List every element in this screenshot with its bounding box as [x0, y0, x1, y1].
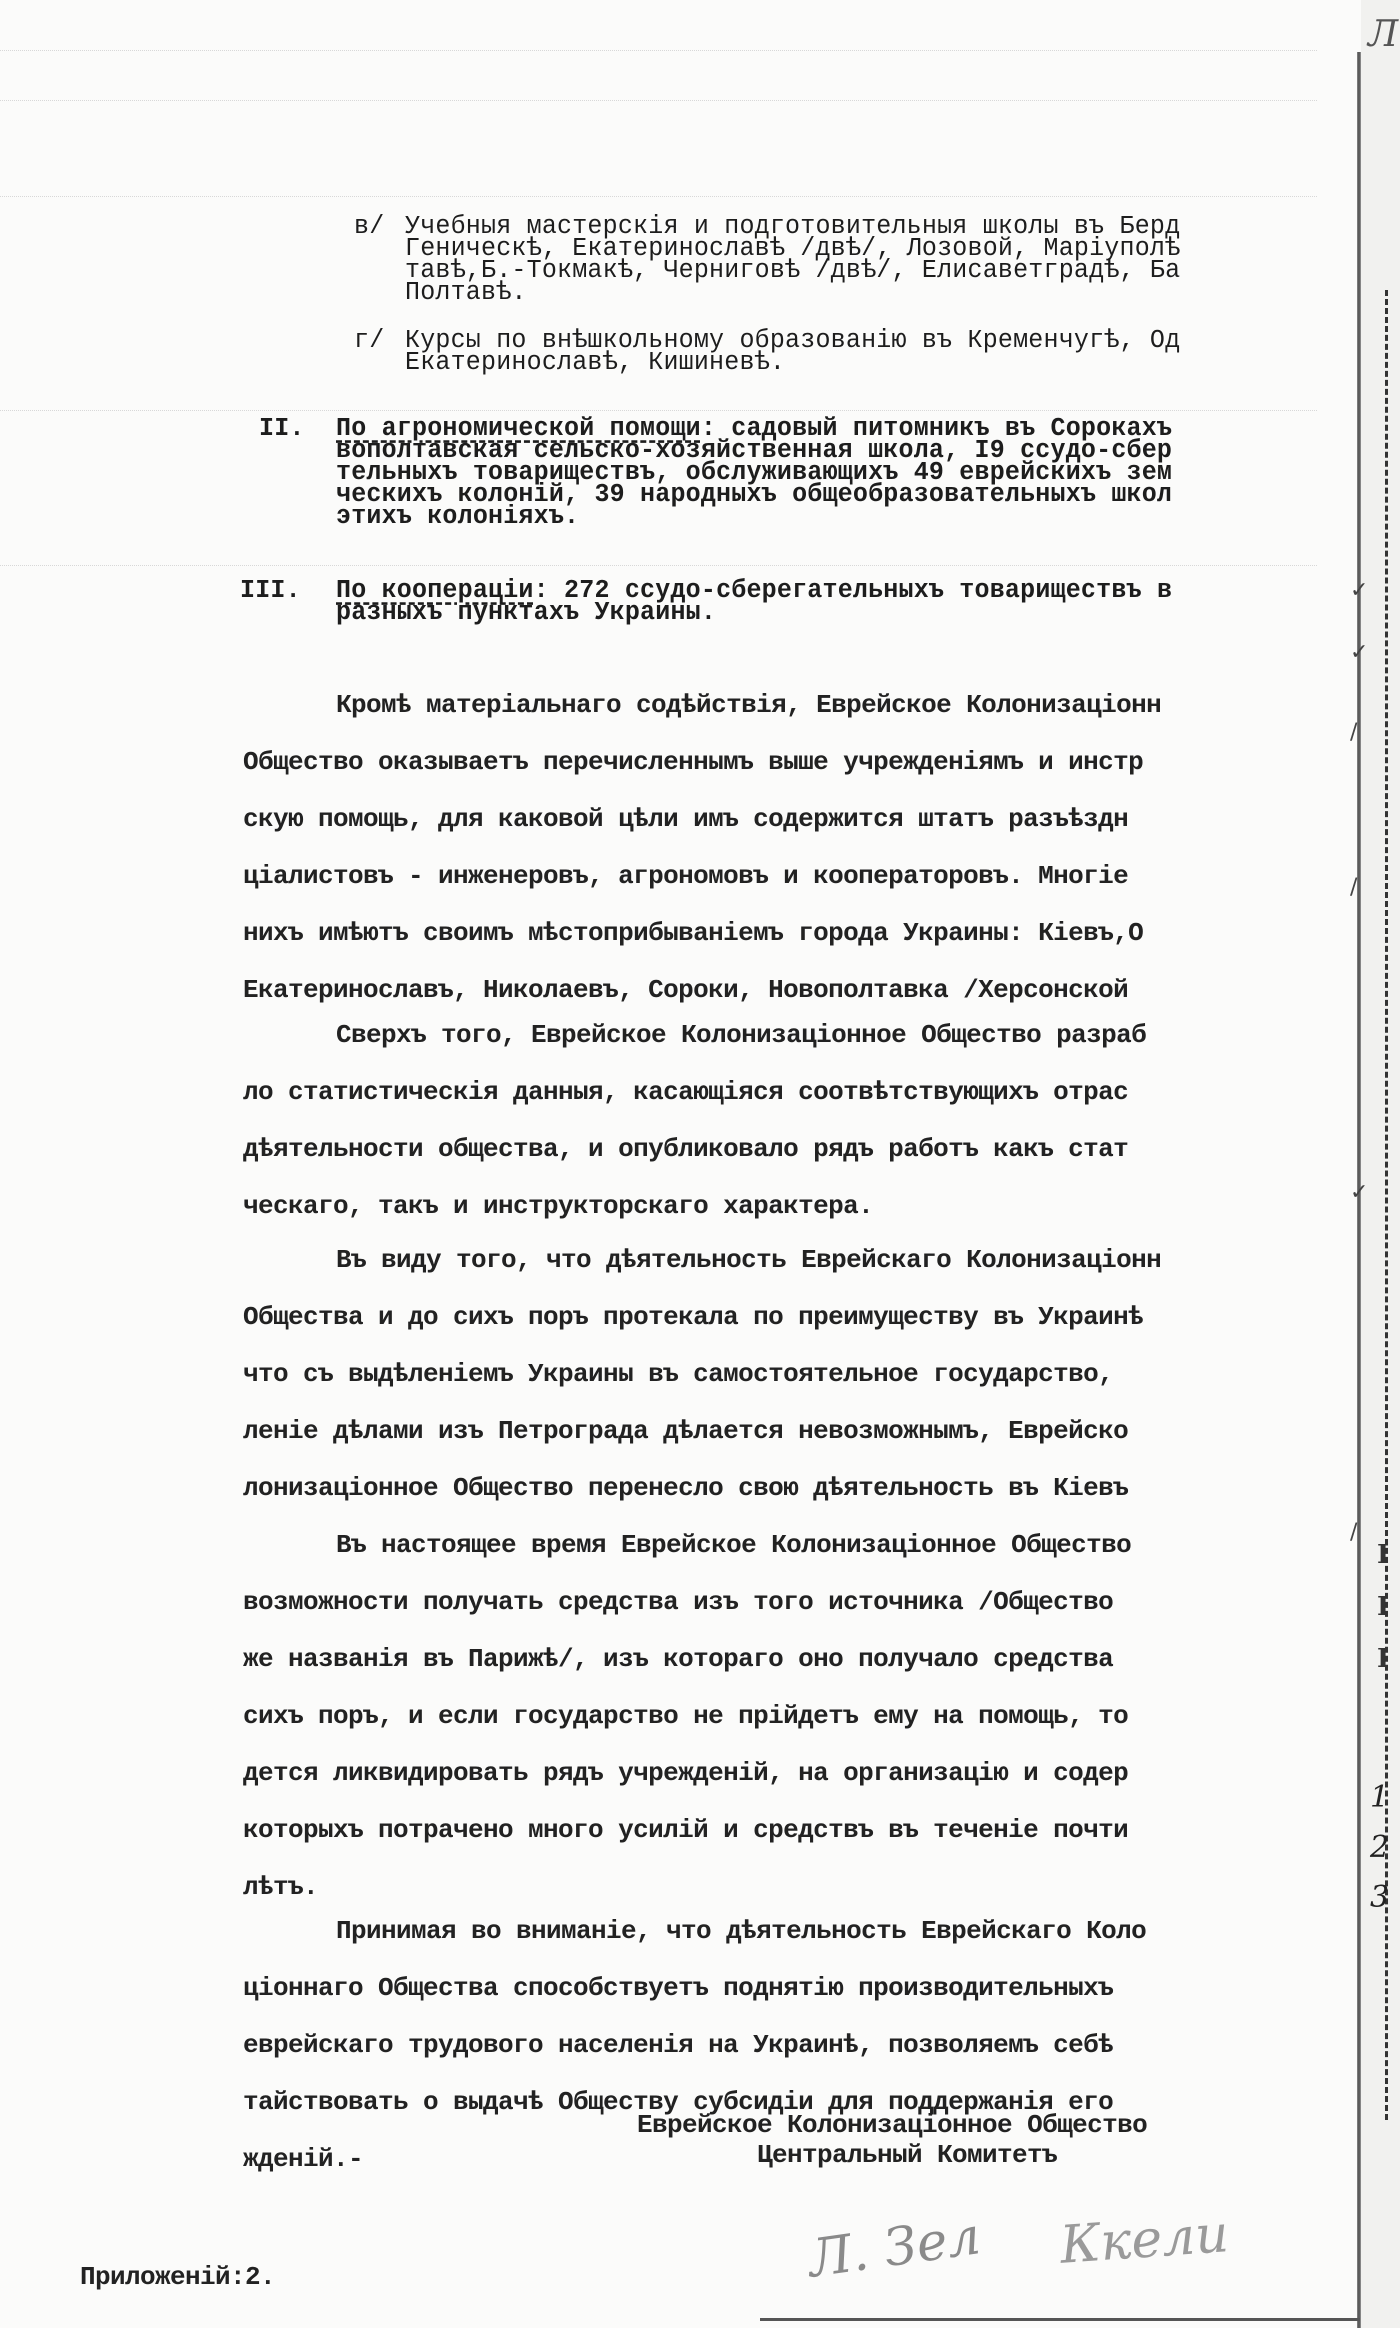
list-marker-g: г/	[354, 330, 384, 351]
margin-number-mark: 1	[1370, 1780, 1389, 1815]
archive-corner-mark: Л	[1368, 14, 1398, 55]
check-mark-icon: /	[1350, 720, 1357, 745]
paragraph-line: ло статистическiя данныя, касающiяся соо…	[243, 1077, 1128, 1107]
paragraph-line: Общества и до сихъ поръ протекала по пре…	[243, 1302, 1143, 1332]
check-mark-icon: ✓	[1350, 640, 1368, 665]
paragraph-line: Въ настоящее время Еврейское Колонизацiо…	[336, 1530, 1131, 1560]
page-bottom-edge	[760, 2318, 1360, 2328]
paragraph-line: цiоннаго Общества способствуетъ поднятiю…	[243, 1973, 1113, 2003]
check-mark-icon: ✓	[1350, 578, 1368, 603]
section-3-numeral: III.	[240, 580, 301, 601]
paragraph-line: дѣятельности общества, и опубликовало ря…	[243, 1134, 1128, 1164]
margin-roman-mark: I	[1377, 1644, 1389, 1674]
check-mark-icon: /	[1350, 875, 1357, 900]
paragraph-line: Принимая во вниманiе, что дѣятельность Е…	[336, 1916, 1146, 1946]
attachments-note: Приложенiй:2.	[80, 2262, 275, 2292]
document-text-area: в/ Учебныя мастерскiя и подготовительныя…	[0, 0, 1357, 2328]
margin-roman-mark: I	[1377, 1592, 1389, 1622]
handwritten-signature-1: Л. Зел	[805, 2206, 984, 2289]
paragraph-line: нихъ имѣютъ своимъ мѣстоприбыванiемъ гор…	[243, 918, 1143, 948]
check-mark-icon: /	[1350, 1520, 1357, 1545]
paragraph-line: лонизацiонное Общество перенесло свою дѣ…	[243, 1473, 1128, 1503]
paragraph-line: ческаго, такъ и инструкторскаго характер…	[243, 1191, 873, 1221]
signature-organization: Еврейское Колонизацiонное Общество	[637, 2110, 1147, 2140]
paragraph-line: лѣтъ.	[243, 1872, 318, 1902]
paragraph-line: еврейскаго трудового населенiя на Украин…	[243, 2030, 1113, 2060]
list-item-g-line: Екатеринославѣ, Кишиневѣ.	[405, 352, 785, 373]
section-2-line: этихъ колонiяхъ.	[336, 506, 579, 527]
signature-committee: Центральный Комитетъ	[757, 2140, 1057, 2170]
margin-number-mark: 2	[1370, 1830, 1389, 1865]
paragraph-line: Общество оказываетъ перечисленнымъ выше …	[243, 747, 1143, 777]
scanned-document-page: в/ Учебныя мастерскiя и подготовительныя…	[0, 0, 1400, 2328]
margin-number-mark: 3	[1370, 1880, 1389, 1915]
paragraph-line: скую помощь, для каковой цѣли имъ содерж…	[243, 804, 1128, 834]
section-2-numeral: II.	[259, 418, 305, 439]
handwritten-signature-2: Ккели	[1058, 2204, 1230, 2276]
paragraph-line: Въ виду того, что дѣятельность Еврейскаг…	[336, 1245, 1161, 1275]
paragraph-line: же названiя въ Парижѣ/, изъ котораго оно…	[243, 1644, 1113, 1674]
paragraph-line: жденiй.-	[243, 2144, 363, 2174]
margin-roman-mark: I	[1377, 1540, 1389, 1570]
page-edge-shadow	[1361, 0, 1400, 2328]
paragraph-line: цiалистовъ - инженеровъ, агрономовъ и ко…	[243, 861, 1128, 891]
paragraph-line: ленiе дѣлами изъ Петрограда дѣлается нев…	[243, 1416, 1128, 1446]
paragraph-line: возможности получать средства изъ того и…	[243, 1587, 1113, 1617]
list-item-v-line: Полтавѣ.	[405, 282, 527, 303]
paragraph-line: Сверхъ того, Еврейское Колонизацiонное О…	[336, 1020, 1146, 1050]
paragraph-line: сихъ поръ, и если государство не прiйдет…	[243, 1701, 1128, 1731]
list-marker-v: в/	[354, 216, 384, 237]
check-mark-icon: ✓	[1350, 1180, 1368, 1205]
paragraph-line: Кромѣ матерiальнаго содѣйствiя, Еврейско…	[336, 690, 1161, 720]
section-3-line: разныхъ пунктахъ Украины.	[336, 602, 716, 623]
paragraph-line: что съ выдѣленiемъ Украины въ самостояте…	[243, 1359, 1113, 1389]
paragraph-line: Екатеринославъ, Николаевъ, Сороки, Новоп…	[243, 975, 1128, 1005]
paragraph-line: дется ликвидировать рядъ учрежденiй, на …	[243, 1758, 1128, 1788]
paragraph-line: которыхъ потрачено много усилiй и средст…	[243, 1815, 1128, 1845]
